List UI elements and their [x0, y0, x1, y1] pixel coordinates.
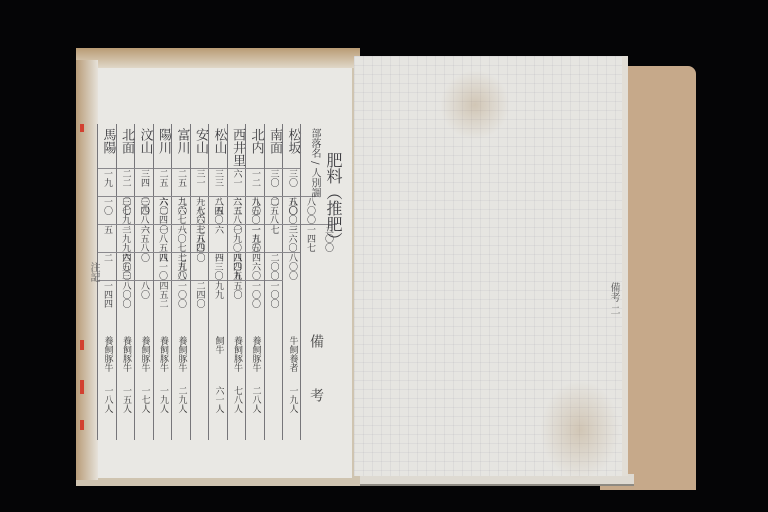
- table-cell: 一〇〇: [172, 280, 190, 308]
- table-cell: 九九: [209, 280, 227, 308]
- table-cell: 三七九一〇: [98, 196, 134, 224]
- livestock-note: 養飼豚牛: [228, 336, 247, 372]
- household-count: 二九人: [172, 386, 191, 413]
- livestock-note: 牛飼養者: [283, 336, 302, 372]
- table-column: 南面三〇五〇〇〇一六〇七二〇〇一〇〇: [264, 124, 284, 440]
- livestock-note: 養飼豚牛: [98, 336, 117, 372]
- livestock-note: 養飼豚牛: [154, 336, 173, 372]
- village-name: 松坂: [283, 128, 302, 154]
- table-cell: 二五: [154, 168, 172, 196]
- table-cell: 三〇: [283, 168, 301, 196]
- table-column: 北内一二二五八八〇一九〇四六〇一〇〇養飼豚牛二八人: [245, 124, 265, 440]
- table-cell: 三一: [191, 168, 209, 196]
- table-cell: 八〇〇: [283, 252, 301, 280]
- stain: [440, 70, 510, 140]
- red-mark: [80, 420, 84, 430]
- table-cell: 一四四: [98, 280, 116, 308]
- table-cell: 五〇: [228, 280, 246, 308]
- village-name: 汶山: [135, 128, 154, 154]
- household-count: 一七人: [135, 386, 154, 413]
- household-count: 二八人: [246, 386, 265, 413]
- table-cell: 一〇〇: [246, 280, 264, 308]
- torn-top-edge: [76, 48, 360, 68]
- stain: [540, 380, 620, 480]
- table-cell: 一二: [246, 168, 264, 196]
- household-count: 一九人: [283, 386, 302, 413]
- livestock-note: 養飼豚牛: [135, 336, 154, 372]
- table-column: 松山三三六二八八五一九〇六四四九四九九飼牛六一人: [208, 124, 228, 440]
- red-mark: [80, 340, 84, 350]
- table-column: 安山三一二四〇一七〇七八〇一三〇〇二四〇: [190, 124, 210, 440]
- red-mark: [80, 124, 84, 132]
- table-cell: 一九: [98, 168, 116, 196]
- table-cell: 四一〇〇: [135, 252, 171, 280]
- table-column: 汶山三四六二四〇〇一八五六四一〇〇八〇養飼豚牛一七人: [134, 124, 154, 440]
- red-mark: [80, 380, 84, 394]
- village-name: 馬陽: [98, 128, 117, 154]
- right-margin-note: 備考 二: [606, 282, 621, 315]
- table-cell: 六一: [228, 168, 246, 196]
- table-column: 松坂三〇八〇〇八〇二〇〇一四七三八〇〇牛飼養者一九人: [282, 124, 302, 440]
- household-count: 六一人: [209, 386, 228, 413]
- village-name: 陽川: [154, 128, 173, 154]
- livestock-note: 養飼豚牛: [246, 336, 265, 372]
- table-cell: 二四〇: [191, 280, 209, 308]
- table-column: 陽川二五二六七六〇一〇七〇二五八八四五二養飼豚牛一九人: [153, 124, 173, 440]
- village-name: 富川: [172, 128, 191, 154]
- remarks-label: 備考: [306, 334, 326, 442]
- left-margin-note: 注記: [86, 262, 101, 282]
- table-cell: 三四: [135, 168, 153, 196]
- table-cell: 一六〇七: [265, 224, 301, 252]
- table-cell: 六五三二: [98, 252, 134, 280]
- table-cell: 四六〇: [246, 252, 264, 280]
- table-cell: 二五: [172, 168, 190, 196]
- table-cell: 二二: [117, 168, 135, 196]
- table-column: 富川二五九八六九〇三五四八七九〇一〇〇養飼豚牛二九人: [171, 124, 191, 440]
- table-cell: 三三: [209, 168, 227, 196]
- village-name: 北内: [246, 128, 265, 154]
- village-name: 松山: [209, 128, 228, 154]
- table-cell: 八〇〇: [117, 280, 135, 308]
- village-name: 西井里: [228, 128, 247, 167]
- table-cell: 一三〇〇: [191, 252, 227, 280]
- household-count: 一八人: [98, 386, 117, 413]
- header-label: 部落名 / 人別調: [301, 128, 323, 198]
- table-cell: 二〇〇: [265, 252, 283, 280]
- table-cell: 四五二: [154, 280, 172, 308]
- table-cell: 八〇: [135, 280, 153, 308]
- table-column: 馬陽一九三七九一〇一九九五六五三二一四四養飼豚牛一八人: [97, 124, 117, 440]
- table-column: 北面二二三四八〇〇一五八二四〇〇八〇〇養飼豚牛一五人: [116, 124, 136, 440]
- livestock-note: 養飼豚牛: [117, 336, 136, 372]
- table-cell: 三〇: [265, 168, 283, 196]
- table-column: 西井里六一九五〇二五一五五〇八〇五五〇養飼豚牛七八人: [227, 124, 247, 440]
- household-count: 一五人: [117, 386, 136, 413]
- household-count: 一九人: [154, 386, 173, 413]
- livestock-note: 飼牛: [209, 336, 228, 354]
- page-title: 肥料（推肥）: [322, 152, 345, 248]
- livestock-note: 養飼豚牛: [172, 336, 191, 372]
- village-name: 安山: [191, 128, 210, 154]
- village-name: 北面: [117, 128, 136, 154]
- table-cell: 一九九五: [98, 224, 134, 252]
- village-name: 南面: [265, 128, 284, 154]
- table-cell: 一〇〇: [265, 280, 283, 308]
- household-count: 七八人: [228, 386, 247, 413]
- table-cell: 一九〇六: [209, 224, 245, 252]
